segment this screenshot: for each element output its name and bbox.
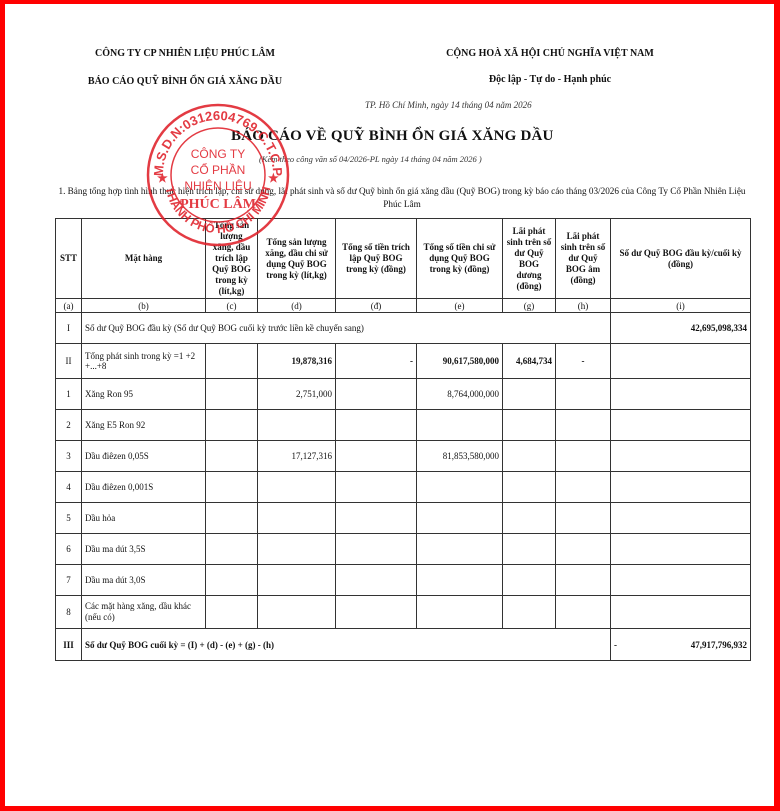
cell-c — [206, 344, 258, 379]
cell-e — [417, 565, 503, 596]
stamp-star-right-icon: ★ — [268, 171, 279, 185]
cell-h: - — [556, 344, 611, 379]
cell-dd — [336, 565, 417, 596]
closing-balance-value: 47,917,796,932 — [691, 640, 747, 650]
cell-c — [206, 565, 258, 596]
cell-g — [503, 596, 556, 629]
cell-i — [611, 472, 751, 503]
stamp-star-left-icon: ★ — [157, 171, 168, 185]
cell-h — [556, 441, 611, 472]
col-header-item: Mặt hàng — [82, 219, 206, 299]
cell-g — [503, 503, 556, 534]
col-header-g: Lãi phát sinh trên số dư Quỹ BOG dương (… — [503, 219, 556, 299]
cell-e — [417, 410, 503, 441]
row-label: Dầu điêzen 0,05S — [82, 441, 206, 472]
closing-balance-cell: - 47,917,796,932 — [611, 629, 751, 661]
cell-c — [206, 472, 258, 503]
cell-i — [611, 596, 751, 629]
cell-c — [206, 503, 258, 534]
cell-i — [611, 441, 751, 472]
table-row: 7Dầu ma dút 3,0S — [56, 565, 751, 596]
cell-e: 81,853,580,000 — [417, 441, 503, 472]
cell-dd — [336, 596, 417, 629]
row-stt: III — [56, 629, 82, 661]
header-row: STT Mặt hàng Tổng sản lượng xăng, dầu tr… — [56, 219, 751, 299]
col-label: (đ) — [336, 299, 417, 313]
cell-d — [258, 472, 336, 503]
cell-h — [556, 503, 611, 534]
cell-g — [503, 534, 556, 565]
row-label: Số dư Quỹ BOG cuối kỳ = (I) + (d) - (e) … — [82, 629, 611, 661]
cell-d — [258, 410, 336, 441]
row-stt: 2 — [56, 410, 82, 441]
company-name: CÔNG TY CP NHIÊN LIỆU PHÚC LÂM — [45, 48, 325, 59]
cell-d — [258, 503, 336, 534]
row-stt: 4 — [56, 472, 82, 503]
row-label: Số dư Quỹ BOG đầu kỳ (Số dư Quỹ BOG cuối… — [82, 313, 611, 344]
row-label: Dầu ma dút 3,5S — [82, 534, 206, 565]
cell-g — [503, 565, 556, 596]
cell-dd: - — [336, 344, 417, 379]
col-header-dd: Tổng số tiền trích lập Quỹ BOG trong kỳ … — [336, 219, 417, 299]
row-label: Tổng phát sinh trong kỳ =1 +2 +...+8 — [82, 344, 206, 379]
republic-heading: CỘNG HOÀ XÃ HỘI CHỦ NGHĨA VIỆT NAM — [385, 48, 715, 59]
cell-d — [258, 565, 336, 596]
closing-balance-row: III Số dư Quỹ BOG cuối kỳ = (I) + (d) - … — [56, 629, 751, 661]
cell-c — [206, 379, 258, 410]
cell-dd — [336, 472, 417, 503]
row-stt: 1 — [56, 379, 82, 410]
col-label: (b) — [82, 299, 206, 313]
cell-e: 90,617,580,000 — [417, 344, 503, 379]
opening-balance-row: I Số dư Quỹ BOG đầu kỳ (Số dư Quỹ BOG cu… — [56, 313, 751, 344]
col-header-d: Tổng sản lượng xăng, dầu chi sử dụng Quỹ… — [258, 219, 336, 299]
row-stt: II — [56, 344, 82, 379]
stamp-line2: CỔ PHẦN — [191, 162, 246, 177]
cell-e — [417, 596, 503, 629]
place-date: TP. Hồ Chí Minh, ngày 14 tháng 04 năm 20… — [365, 100, 532, 110]
cell-dd — [336, 410, 417, 441]
table-row: 2Xăng E5 Ron 92 — [56, 410, 751, 441]
cell-c — [206, 410, 258, 441]
motto: Độc lập - Tự do - Hạnh phúc — [385, 74, 715, 85]
intro-paragraph: 1. Bảng tổng hợp tình hình thực hiện trí… — [57, 185, 747, 211]
cell-d — [258, 596, 336, 629]
document-title: BÁO CÁO VỀ QUỸ BÌNH ỔN GIÁ XĂNG DẦU — [231, 128, 554, 145]
cell-e — [417, 472, 503, 503]
cell-i — [611, 344, 751, 379]
report-short-title: BÁO CÁO QUỸ BÌNH ỔN GIÁ XĂNG DẦU — [45, 76, 325, 87]
cell-h — [556, 534, 611, 565]
table-row: 5Dầu hỏa — [56, 503, 751, 534]
row-stt: 8 — [56, 596, 82, 629]
cell-h — [556, 565, 611, 596]
row-stt: 7 — [56, 565, 82, 596]
cell-i — [611, 410, 751, 441]
row-stt: 3 — [56, 441, 82, 472]
cell-g — [503, 472, 556, 503]
document-page: CÔNG TY CP NHIÊN LIỆU PHÚC LÂM BÁO CÁO Q… — [5, 4, 774, 806]
cell-d: 17,127,316 — [258, 441, 336, 472]
row-label: Dầu điêzen 0,001S — [82, 472, 206, 503]
cell-h — [556, 596, 611, 629]
closing-prefix: - — [614, 640, 617, 650]
cell-c — [206, 534, 258, 565]
row-stt: 6 — [56, 534, 82, 565]
col-label: (h) — [556, 299, 611, 313]
row-stt: I — [56, 313, 82, 344]
cell-i — [611, 379, 751, 410]
table-row: 8Các mặt hàng xăng, dầu khác (nếu có) — [56, 596, 751, 629]
table-row: 6Dầu ma dút 3,5S — [56, 534, 751, 565]
cell-dd — [336, 441, 417, 472]
row-label: Dầu ma dút 3,0S — [82, 565, 206, 596]
cell-e — [417, 534, 503, 565]
col-label: (a) — [56, 299, 82, 313]
cell-i — [611, 503, 751, 534]
cell-i — [611, 565, 751, 596]
cell-dd — [336, 379, 417, 410]
cell-g — [503, 410, 556, 441]
table-row: 1Xăng Ron 952,751,0008,764,000,000 — [56, 379, 751, 410]
table-row: 4Dầu điêzen 0,001S — [56, 472, 751, 503]
document-subtitle: (Kèm theo công văn số 04/2026-PL ngày 14… — [259, 154, 482, 164]
cell-h — [556, 472, 611, 503]
cell-i — [611, 534, 751, 565]
col-label: (g) — [503, 299, 556, 313]
col-header-h: Lãi phát sinh trên số dư Quỹ BOG âm (đồn… — [556, 219, 611, 299]
row-stt: 5 — [56, 503, 82, 534]
col-header-c: Tổng sản lượng xăng, dầu trích lập Quỹ B… — [206, 219, 258, 299]
cell-g — [503, 379, 556, 410]
cell-e — [417, 503, 503, 534]
column-label-row: (a) (b) (c) (d) (đ) (e) (g) (h) (i) — [56, 299, 751, 313]
col-label: (c) — [206, 299, 258, 313]
cell-d: 19,878,316 — [258, 344, 336, 379]
opening-balance-value: 42,695,098,334 — [611, 313, 751, 344]
col-header-stt: STT — [56, 219, 82, 299]
row-label: Dầu hỏa — [82, 503, 206, 534]
cell-dd — [336, 534, 417, 565]
col-header-i: Số dư Quỹ BOG đầu kỳ/cuối kỳ (đồng) — [611, 219, 751, 299]
cell-d — [258, 534, 336, 565]
col-label: (d) — [258, 299, 336, 313]
col-header-e: Tổng số tiền chi sử dụng Quỹ BOG trong k… — [417, 219, 503, 299]
cell-c — [206, 596, 258, 629]
total-row: II Tổng phát sinh trong kỳ =1 +2 +...+8 … — [56, 344, 751, 379]
row-label: Xăng E5 Ron 92 — [82, 410, 206, 441]
table-row: 3Dầu điêzen 0,05S17,127,31681,853,580,00… — [56, 441, 751, 472]
cell-h — [556, 379, 611, 410]
cell-e: 8,764,000,000 — [417, 379, 503, 410]
bog-report-table: STT Mặt hàng Tổng sản lượng xăng, dầu tr… — [55, 218, 751, 661]
col-label: (e) — [417, 299, 503, 313]
stamp-line1: CÔNG TY — [191, 146, 245, 161]
cell-g — [503, 441, 556, 472]
cell-h — [556, 410, 611, 441]
row-label: Các mặt hàng xăng, dầu khác (nếu có) — [82, 596, 206, 629]
col-label: (i) — [611, 299, 751, 313]
row-label: Xăng Ron 95 — [82, 379, 206, 410]
cell-d: 2,751,000 — [258, 379, 336, 410]
cell-g: 4,684,734 — [503, 344, 556, 379]
cell-c — [206, 441, 258, 472]
cell-dd — [336, 503, 417, 534]
